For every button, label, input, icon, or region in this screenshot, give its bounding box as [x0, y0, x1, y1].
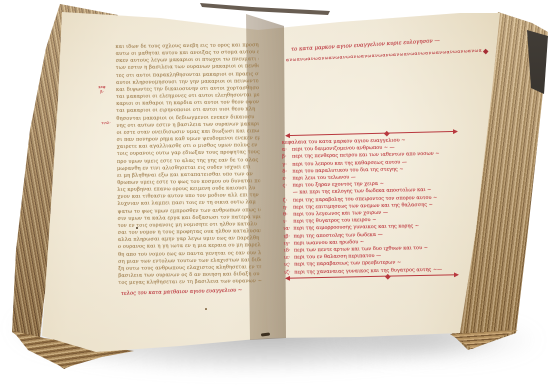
- ink-spot: [205, 308, 207, 310]
- margin-note-line: β·: [90, 89, 114, 94]
- margin-note-line: τιτλ·: [96, 121, 116, 126]
- left-text-block: και ιδων δε τους οχλους ανεβη εις το ορο…: [115, 42, 261, 294]
- manuscript-text-line: τος μεγας κληθησεται εν τη βασιλεια των …: [118, 278, 261, 287]
- chapter-number: ιζ·: [284, 269, 294, 276]
- red-margin-note-2: τιτλ·: [96, 121, 116, 126]
- ink-spot: [136, 227, 138, 229]
- red-margin-note-1: κεφ β·: [90, 85, 114, 95]
- chapter-list: κεφαλαια του κατα μαρκον αγιου ευαγγελιο…: [282, 136, 467, 276]
- photograph-open-manuscript: κεφ β· τιτλ· και ιδων δε τους οχλους ανε…: [0, 0, 555, 385]
